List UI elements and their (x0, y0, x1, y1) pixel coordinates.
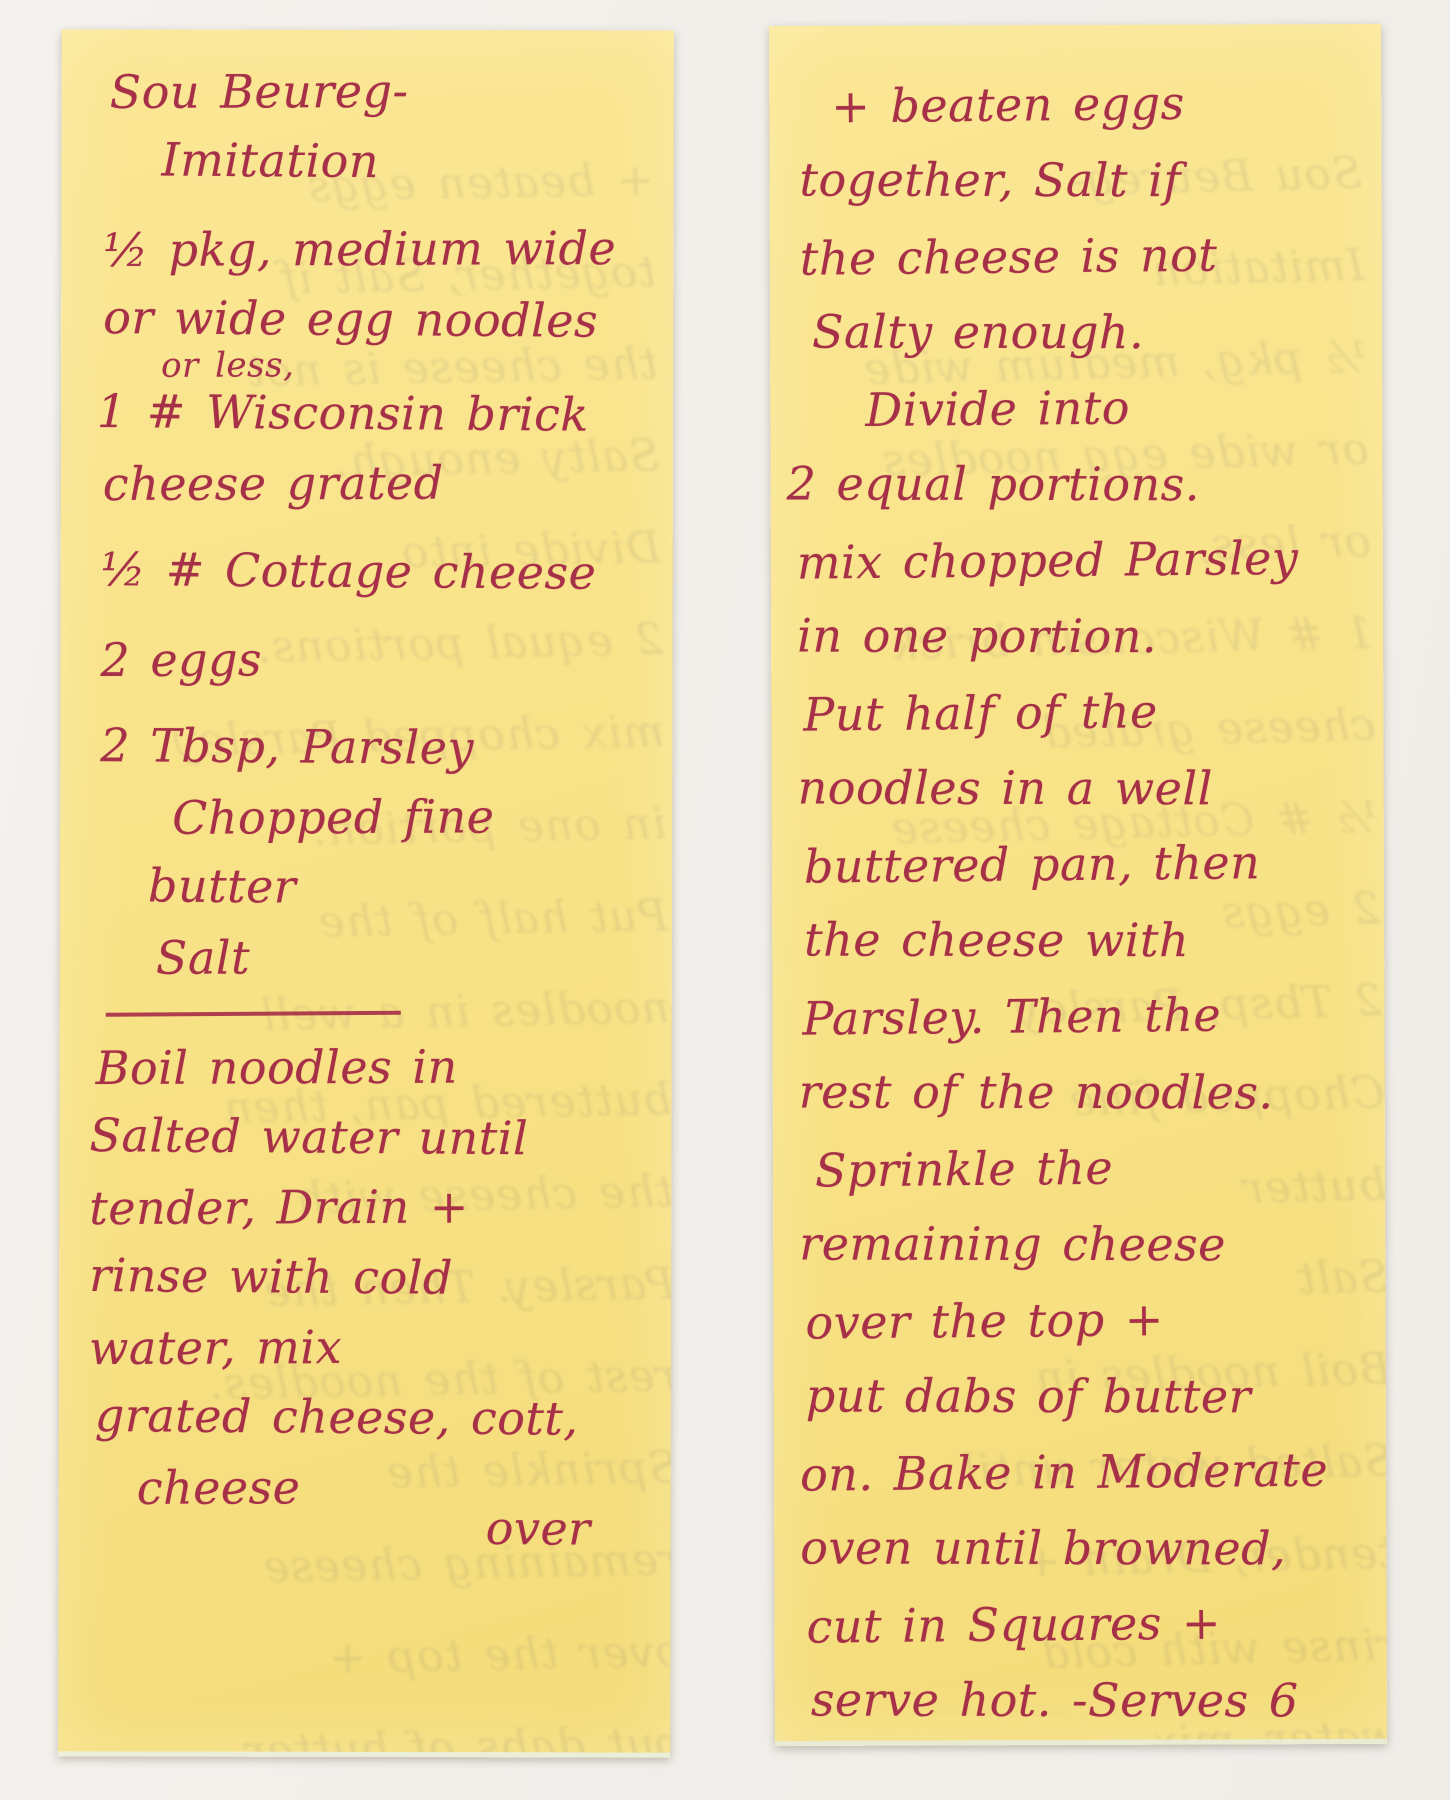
handwritten-line: water, mix (59, 1315, 661, 1379)
handwritten-line: Salt (60, 925, 662, 989)
handwritten-line: Boil noodles in (60, 1035, 662, 1099)
handwritten-line: 1 # Wisconsin brick (61, 380, 663, 446)
handwritten-line: Divide into (770, 372, 1373, 444)
handwritten-line: ½ # Cottage cheese (60, 538, 662, 604)
handwritten-line: Imitation (61, 128, 663, 194)
handwritten-line: Salted water until (59, 1104, 661, 1170)
handwritten-line: Salty enough. (770, 298, 1372, 365)
handwritten-line: or wide egg noodles (61, 286, 663, 352)
handwritten-line: together, Salt if (769, 146, 1371, 213)
handwriting-page-1: Sou Beureg-Imitation½ pkg, medium wideor… (59, 59, 664, 1558)
handwritten-line: mix chopped Parsley (771, 524, 1374, 596)
handwritten-line: 2 equal portions. (771, 450, 1373, 517)
handwritten-line: remaining cheese (773, 1210, 1375, 1277)
handwritten-line: 2 eggs (60, 627, 662, 691)
recipe-card-page-1: + beaten eggstogether, Salt ifthe cheese… (58, 29, 674, 1757)
handwritten-line: Sou Beureg- (62, 59, 664, 123)
showthrough-line: over the top + (58, 1606, 674, 1710)
handwritten-line: the cheese with (772, 906, 1374, 973)
handwritten-line: rest of the noodles. (773, 1058, 1375, 1125)
handwritten-line: rinse with cold (59, 1244, 661, 1310)
handwritten-line: ½ pkg, medium wide (61, 217, 663, 281)
handwritten-line: on. Bake in Moderate (774, 1436, 1377, 1508)
recipe-card-page-2: Sou Beureg-Imitation½ pkg, medium wideor… (769, 24, 1387, 1746)
handwritten-line: over the top + (773, 1284, 1376, 1356)
handwritten-line: cut in Squares + (774, 1588, 1377, 1660)
handwritten-line: Sprinkle the (773, 1132, 1376, 1204)
ink-divider (106, 1011, 401, 1017)
handwritten-line: over (58, 1494, 660, 1560)
handwriting-page-2: + beaten eggstogether, Salt ifthe cheese… (769, 70, 1377, 1734)
handwritten-line: or less, (61, 345, 663, 385)
handwritten-line: Parsley. Then the (772, 980, 1375, 1052)
handwritten-line: serve hot. -Serves 6 (775, 1666, 1377, 1733)
handwritten-line: noodles in a well (772, 754, 1374, 821)
handwritten-line: Chopped fine (60, 785, 662, 849)
showthrough-line: put dabs of butter (58, 1698, 674, 1758)
handwritten-line: in one portion. (771, 602, 1373, 669)
handwritten-line: grated cheese, cott, (59, 1384, 661, 1450)
handwritten-line: the cheese is not (770, 220, 1373, 292)
handwritten-line: butter (60, 854, 662, 920)
handwritten-line: + beaten eggs (769, 68, 1372, 140)
handwritten-line: tender, Drain + (59, 1175, 661, 1239)
handwritten-line: oven until browned, (774, 1514, 1376, 1581)
handwritten-line: Put half of the (771, 676, 1374, 748)
handwritten-line: buttered pan, then (772, 828, 1375, 900)
scanned-recipe-document: { "document": { "recipe_title": "Sou Beu… (0, 0, 1450, 1800)
handwritten-line: cheese grated (61, 451, 663, 515)
handwritten-line: put dabs of butter (774, 1362, 1376, 1429)
handwritten-line: 2 Tbsp, Parsley (60, 714, 662, 780)
